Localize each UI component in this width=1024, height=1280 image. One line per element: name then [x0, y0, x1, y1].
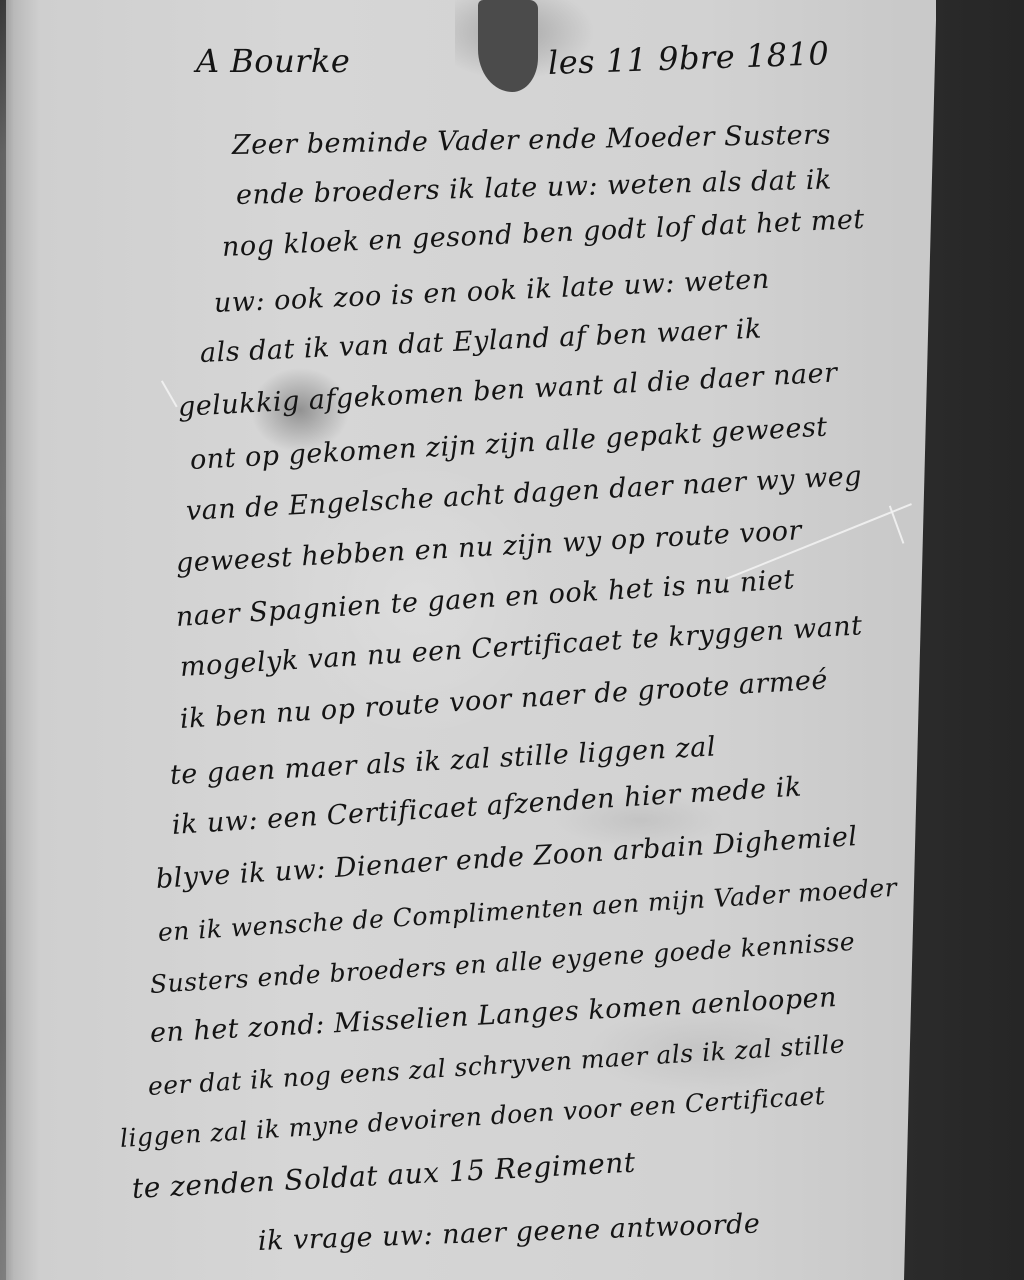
letter-line-5: als dat ik van dat Eyland af ben waer ik: [199, 313, 762, 368]
photo-scratch: [889, 505, 904, 543]
letter-line-6: gelukkig afgekomen ben want al die daer …: [177, 357, 838, 423]
letter-line-3: nog kloek en gesond ben godt lof dat het…: [221, 204, 865, 263]
letter-line-22-postscript: ik vrage uw: naer geene antwoorde: [257, 1208, 760, 1257]
photo-scratch: [161, 380, 177, 407]
letter-line-21-signature: te zenden Soldat aux 15 Regiment: [131, 1146, 636, 1205]
letter-line-4: uw: ook zoo is en ook ik late uw: weten: [213, 264, 770, 319]
ink-stain: [478, 0, 538, 92]
letter-paper: A Bourke les 11 9bre 1810 Zeer beminde V…: [0, 0, 1024, 1280]
letter-heading-place: A Bourke: [196, 42, 350, 80]
paper-left-shadow: [0, 0, 6, 1280]
letter-line-1: Zeer beminde Vader ende Moeder Susters: [232, 120, 831, 161]
letter-line-2: ende broeders ik late uw: weten als dat …: [236, 164, 833, 211]
